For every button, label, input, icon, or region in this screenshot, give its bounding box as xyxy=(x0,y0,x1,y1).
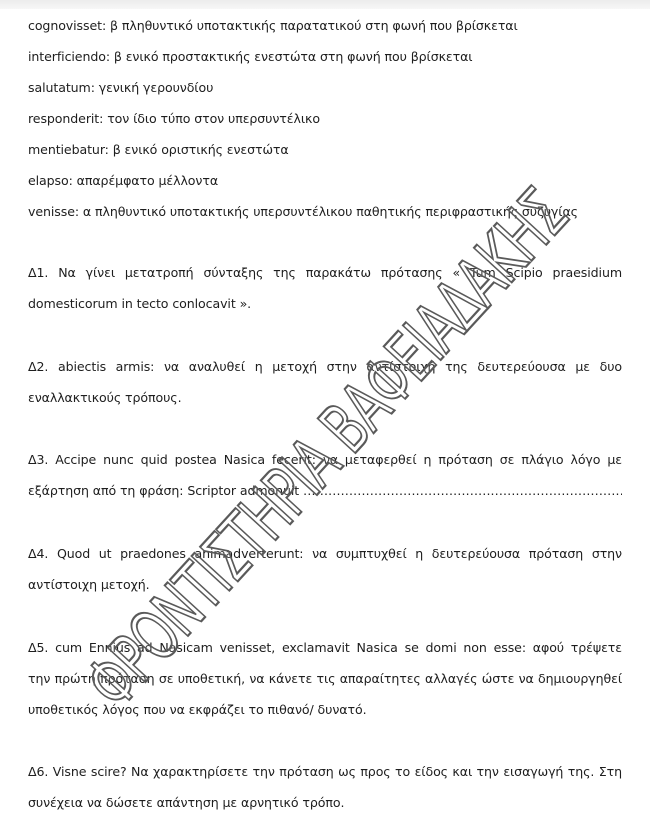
answer-salutatum: salutatum: γενική γερουνδίου xyxy=(28,80,213,96)
exercise-d1-line-1: Δ1. Να γίνει μετατροπή σύνταξης της παρα… xyxy=(28,265,622,281)
exercise-d2-line-2: εναλλακτικούς τρόπους. xyxy=(28,390,181,406)
exercise-d1-line-2: domesticorum in tecto conlocavit ». xyxy=(28,296,251,312)
exercise-d3-line-2: εξάρτηση από τη φράση: Scriptor admonuit… xyxy=(28,483,622,499)
exercise-d3-line-1: Δ3. Accipe nunc quid postea Nasica fecer… xyxy=(28,452,622,468)
answer-mentiebatur: mentiebatur: β ενικό οριστικής ενεστώτα xyxy=(28,142,289,158)
answer-cognovisset: cognovisset: β πληθυντικό υποτακτικής πα… xyxy=(28,18,518,34)
answer-responderit: responderit: τον ίδιο τύπο στον υπερσυντ… xyxy=(28,111,320,127)
answer-elapso: elapso: απαρέμφατο μέλλοντα xyxy=(28,173,218,189)
exercise-d4-line-1: Δ4. Quod ut praedones animadverterunt: ν… xyxy=(28,546,622,562)
exercise-d5-line-3: υποθετικός λόγος που να εκφράζει το πιθα… xyxy=(28,702,366,718)
exercise-d4-line-2: αντίστοιχη μετοχή. xyxy=(28,577,150,593)
exercise-d6-line-1: Δ6. Visne scire? Να χαρακτηρίσετε την πρ… xyxy=(28,764,622,780)
answer-interficiendo: interficiendo: β ενικό προστακτικής ενεσ… xyxy=(28,49,472,65)
exercise-d2-line-1: Δ2. abiectis armis: να αναλυθεί η μετοχή… xyxy=(28,359,622,375)
exercise-d6-line-2: συνέχεια να δώσετε απάντηση με αρνητικό … xyxy=(28,795,344,811)
answer-venisse: venisse: α πληθυντικό υποτακτικής υπερσυ… xyxy=(28,204,578,220)
exercise-d5-line-1: Δ5. cum Ennius ad Nasicam venisset, excl… xyxy=(28,640,622,656)
top-edge-band xyxy=(0,0,650,9)
exercise-d5-line-2: την πρώτη πρόταση σε υποθετική, να κάνετ… xyxy=(28,671,622,687)
